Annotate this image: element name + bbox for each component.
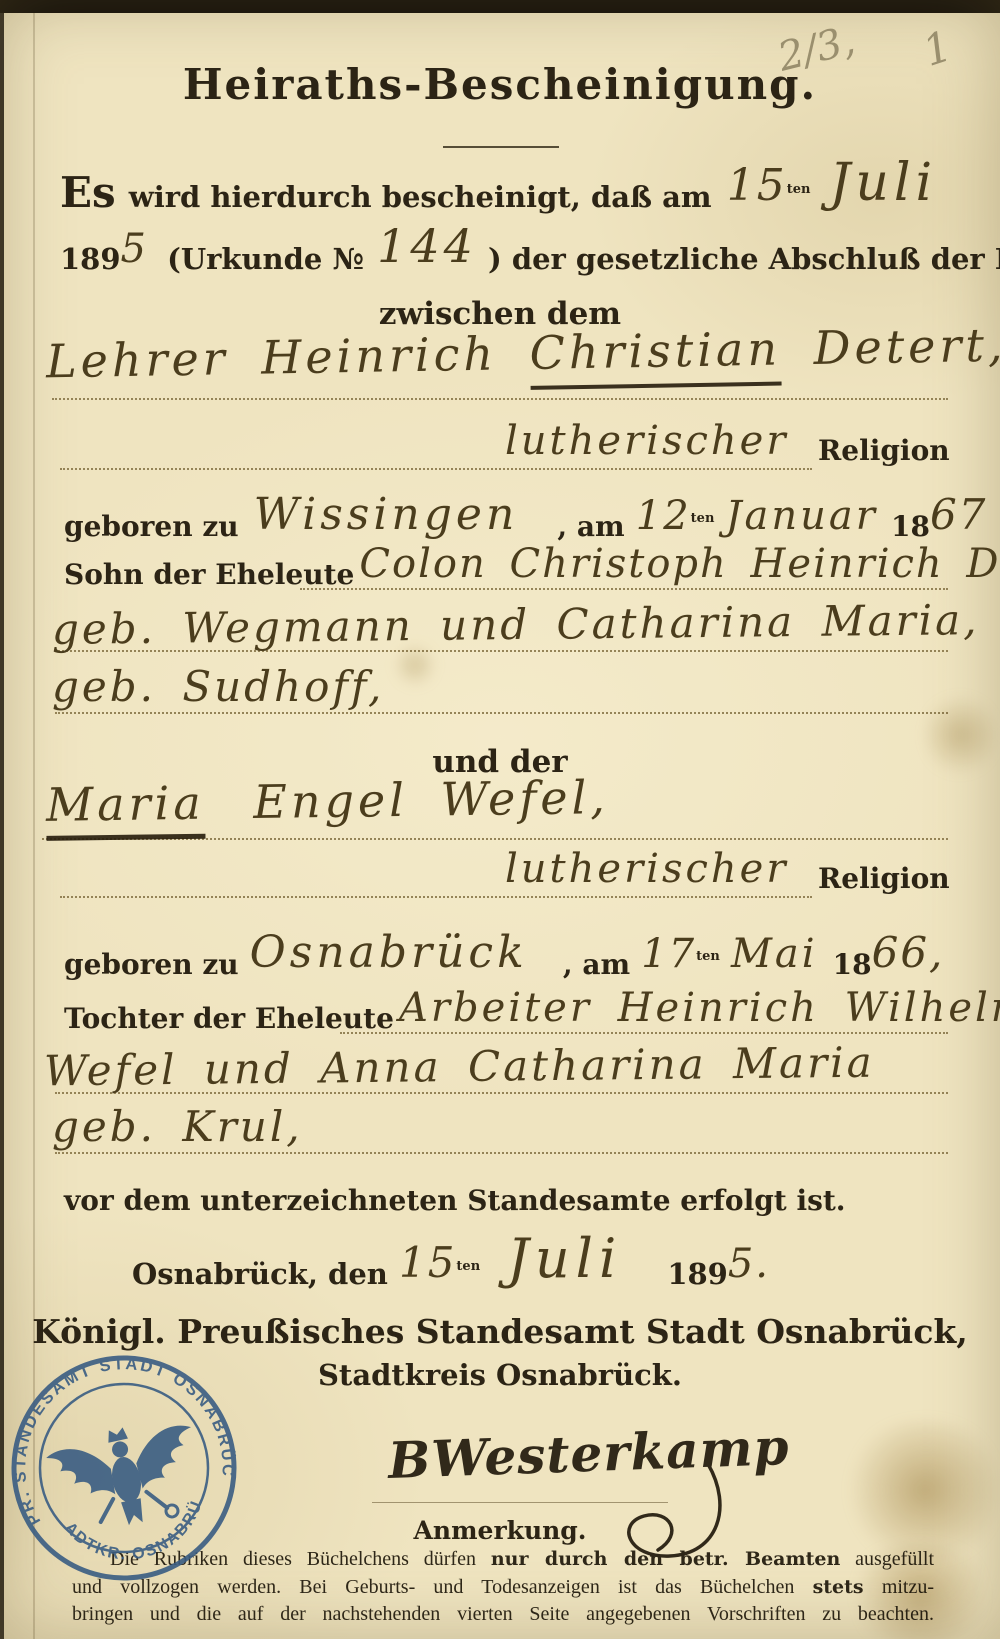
- note-line-3: bringen und die auf der nachstehenden vi…: [72, 1603, 934, 1626]
- paper-stain: [925, 690, 995, 780]
- bride-parents-ruled-line-3: [55, 1152, 948, 1154]
- closing-statement: vor dem unterzeichneten Standesamte erfo…: [64, 1184, 846, 1217]
- bride-birth-year-value: 66,: [872, 928, 945, 977]
- note-line-2: und vollzogen werden. Bei Geburts- und T…: [72, 1576, 934, 1599]
- bride-religion-label: Religion: [818, 862, 950, 895]
- issue-year-value: 5.: [728, 1241, 770, 1287]
- groom-father-name-value: Colon Christoph Heinrich Detert: [359, 541, 1000, 587]
- groom-religion-ruled-line: [60, 468, 812, 470]
- paper-stain: [840, 1545, 1000, 1639]
- bride-first-name-underlined: Maria: [46, 776, 206, 841]
- scan-top-edge: [0, 0, 1000, 13]
- groom-name-ruled-line: [52, 398, 948, 400]
- groom-religion-label: Religion: [818, 434, 950, 467]
- bride-religion-value: lutherischer: [505, 846, 788, 892]
- groom-parents-ruled-line-3: [55, 712, 948, 714]
- groom-birth-day-value: 12: [636, 493, 691, 539]
- groom-birthplace-value: Wissingen: [254, 489, 519, 540]
- bride-parents-line-2: Wefel und Anna Catharina Maria: [44, 1038, 875, 1096]
- bride-father-name-value: Arbeiter Heinrich Wilhelm: [399, 985, 1000, 1031]
- issue-month-value: Juli: [507, 1227, 622, 1290]
- issue-date-line: Osnabrück, den 15ten Juli 1895.: [132, 1234, 770, 1297]
- bride-birth-day-value: 17: [641, 931, 696, 977]
- bride-parents-line-1: Tochter der Eheleute Arbeiter Heinrich W…: [64, 992, 1000, 1038]
- wedding-month-value: Juli: [830, 153, 938, 213]
- groom-parents-line-2: geb. Wegmann und Catharina Maria,: [52, 595, 980, 654]
- bride-religion-ruled-line: [60, 896, 812, 898]
- wedding-year-value: 5: [121, 226, 148, 272]
- groom-birth-line: geboren zu Wissingen , am 12ten Januar 1…: [64, 496, 987, 547]
- intro-line-1: Es wird hierdurch bescheinigt, daß am 15…: [60, 160, 937, 220]
- groom-parents-line-3: geb. Sudhoff,: [52, 662, 384, 711]
- paper-stain: [395, 640, 435, 690]
- title-rule: [443, 146, 559, 148]
- groom-middle-name-underlined: Christian: [529, 322, 781, 390]
- bride-parents-line-3: geb. Krul,: [52, 1102, 303, 1151]
- groom-parents-line-1: Sohn der Eheleute Colon Christoph Heinri…: [64, 548, 1000, 594]
- groom-birth-month-value: Januar: [726, 493, 878, 539]
- bride-birth-month-value: Mai: [731, 931, 818, 977]
- paper-stain: [840, 1420, 1000, 1560]
- wedding-day-value: 15: [727, 160, 787, 211]
- document-title: Heiraths-Bescheinigung.: [0, 60, 1000, 109]
- intro-line-2: 1895 (Urkunde № 144 ) der gesetzliche Ab…: [60, 226, 1000, 280]
- bride-birth-line: geboren zu Osnabrück , am 17ten Mai 1866…: [64, 934, 944, 985]
- certificate-number-value: 144: [377, 219, 477, 273]
- certificate-page: 2/3, 1 Heiraths-Bescheinigung. Es wird h…: [0, 0, 1000, 1639]
- groom-religion-value: lutherischer: [505, 418, 788, 464]
- drop-initial: Es: [60, 168, 116, 217]
- bride-name-line: Maria Engel Wefel,: [46, 770, 610, 832]
- groom-birth-year-value: 67: [930, 490, 987, 539]
- issue-day-value: 15: [399, 1238, 456, 1287]
- bride-birthplace-value: Osnabrück: [250, 927, 528, 978]
